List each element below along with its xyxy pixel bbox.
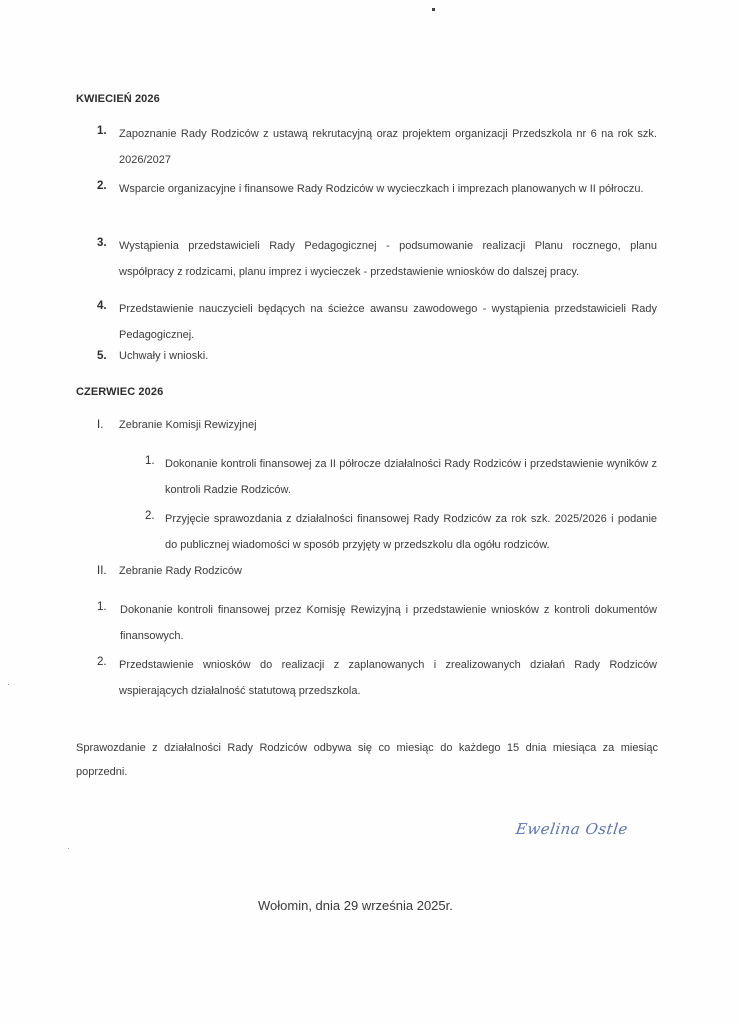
subsection-number: I. [97,415,103,435]
item-text: Przedstawienie nauczycieli będących na ś… [119,296,657,348]
subsection-title: Zebranie Komisji Rewizyjnej [119,415,619,435]
closing-note: Sprawozdanie z działalności Rady Rodzicó… [76,736,658,784]
section-heading-june: CZERWIEC 2026 [76,386,163,398]
item-text: Przyjęcie sprawozdania z działalności fi… [165,506,657,558]
scan-speck [432,8,435,11]
item-number: 4. [97,296,107,316]
handwritten-signature: Ewelina Ostle [515,820,629,838]
item-number: 2. [97,176,107,196]
item-text: Wsparcie organizacyjne i finansowe Rady … [119,176,657,202]
scan-speck [68,848,69,849]
item-number: 2. [145,506,155,526]
item-text: Zapoznanie Rady Rodziców z ustawą rekrut… [119,121,657,173]
item-number: 1. [145,451,155,471]
item-text: Dokonanie kontroli finansowej przez Komi… [120,597,657,649]
place-and-date: Wołomin, dnia 29 września 2025r. [258,898,453,913]
section-heading-april: KWIECIEŃ 2026 [76,93,160,105]
item-number: 3. [97,233,107,253]
item-text: Dokonanie kontroli finansowej za II półr… [165,451,657,503]
item-number: 1. [97,121,107,141]
item-number: 5. [97,346,107,366]
item-text: Przedstawienie wniosków do realizacji z … [119,652,657,704]
item-text: Wystąpienia przedstawicieli Rady Pedagog… [119,233,657,285]
subsection-title: Zebranie Rady Rodziców [119,561,619,581]
item-number: 2. [97,652,107,672]
item-text: Uchwały i wnioski. [119,346,657,366]
document-page: KWIECIEŃ 2026 1. Zapoznanie Rady Rodzicó… [0,0,739,1024]
item-number: 1. [97,597,107,617]
scan-speck [8,684,9,685]
subsection-number: II. [97,561,107,581]
